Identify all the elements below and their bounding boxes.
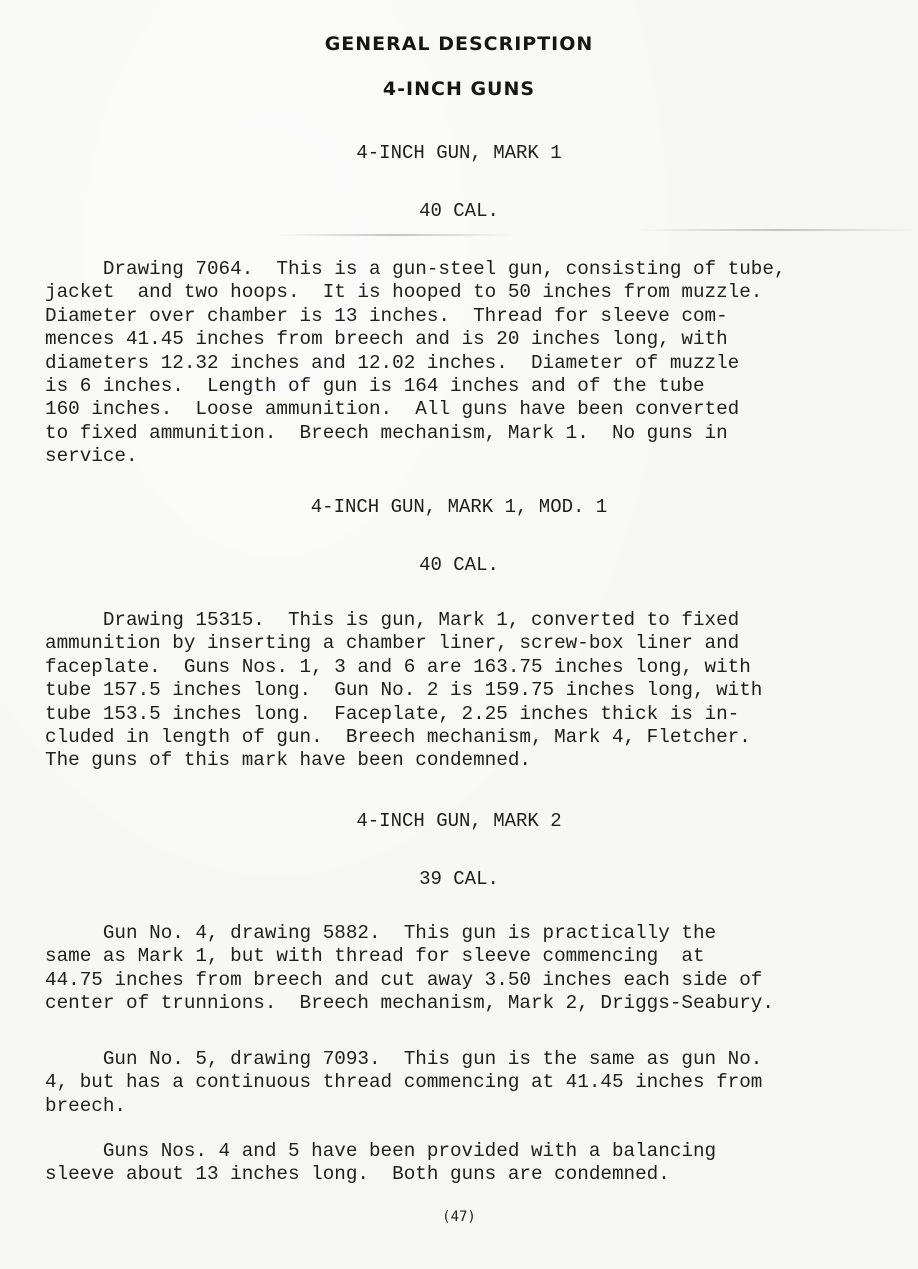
paragraph-mark-2-gun-5: Gun No. 5, drawing 7093. This gun is the… [45, 1048, 890, 1118]
paragraph-mark-2-balancing-sleeve: Guns Nos. 4 and 5 have been provided wit… [45, 1140, 890, 1187]
paragraph-mark-1-mod-1: Drawing 15315. This is gun, Mark 1, conv… [45, 609, 890, 773]
scan-smudge [640, 229, 918, 231]
section-caliber-mark-1: 40 CAL. [0, 200, 918, 222]
paragraph-mark-2-gun-4: Gun No. 4, drawing 5882. This gun is pra… [45, 922, 890, 1016]
section-heading-mark-1: 4-INCH GUN, MARK 1 [0, 142, 918, 164]
page-number: (47) [0, 1209, 918, 1225]
scan-smudge [275, 234, 515, 236]
section-caliber-mark-2: 39 CAL. [0, 868, 918, 890]
document-page: GENERAL DESCRIPTION 4-INCH GUNS 4-INCH G… [0, 0, 918, 1269]
section-heading-mark-1-mod-1: 4-INCH GUN, MARK 1, MOD. 1 [0, 496, 918, 518]
section-heading-mark-2: 4-INCH GUN, MARK 2 [0, 810, 918, 832]
document-title: GENERAL DESCRIPTION [0, 33, 918, 55]
section-caliber-mark-1-mod-1: 40 CAL. [0, 554, 918, 576]
document-subtitle: 4-INCH GUNS [0, 78, 918, 100]
paragraph-mark-1: Drawing 7064. This is a gun-steel gun, c… [45, 258, 890, 469]
